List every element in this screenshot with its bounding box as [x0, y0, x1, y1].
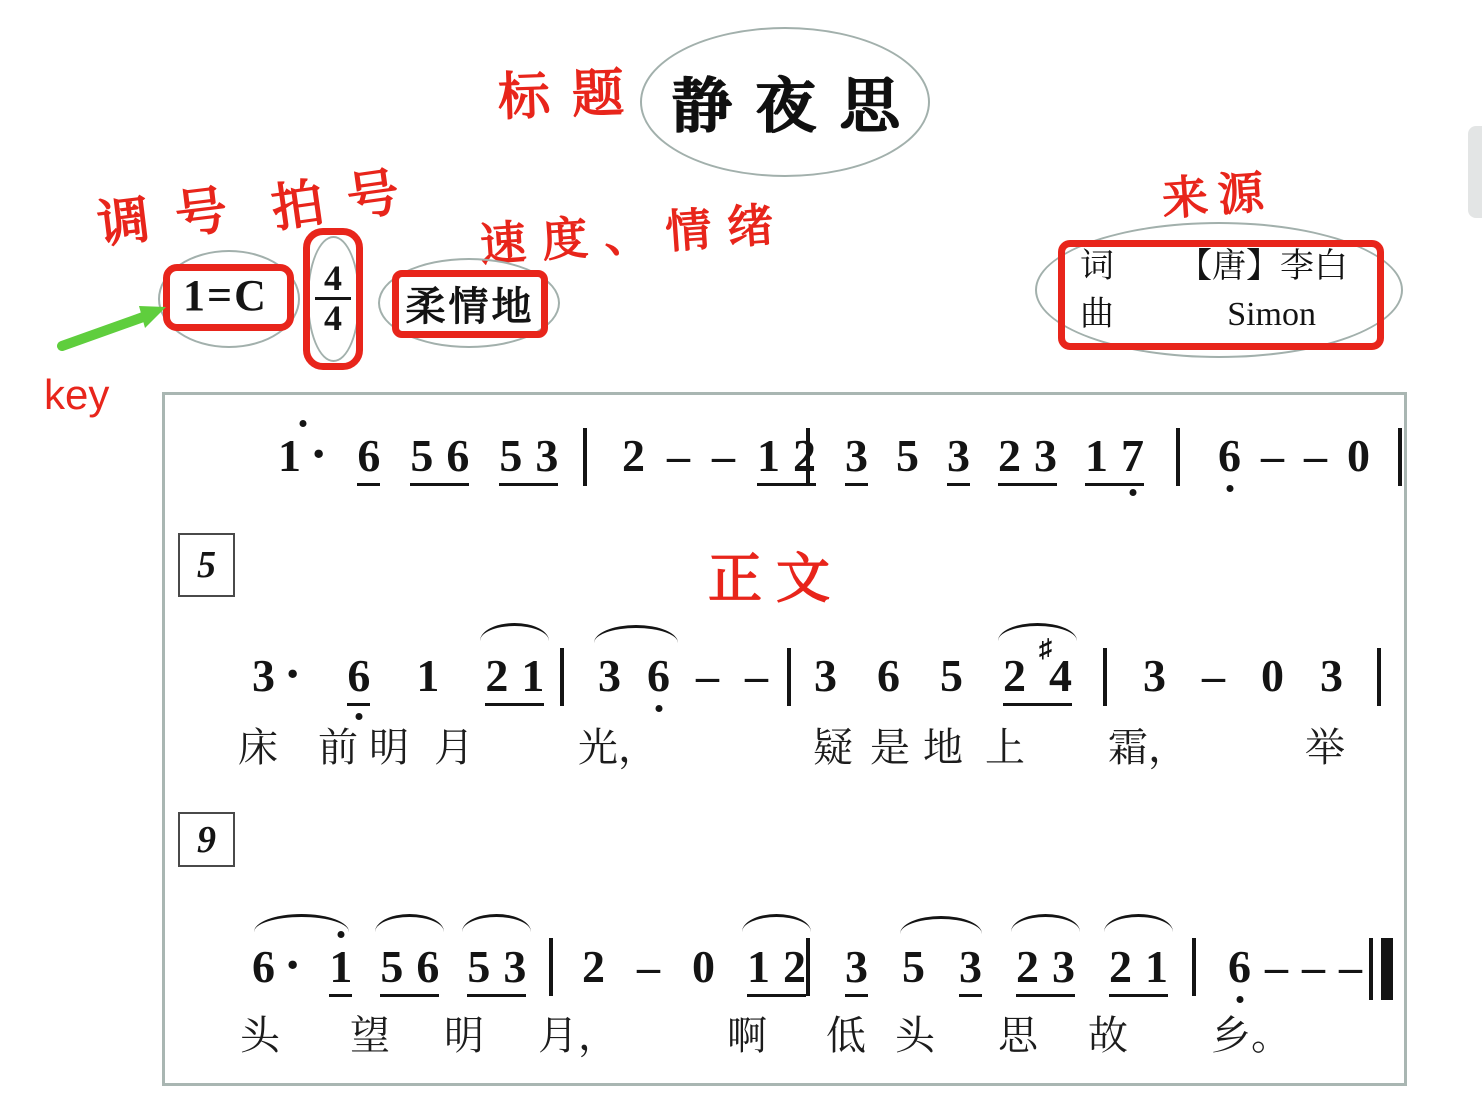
time-signature-denominator: 4: [324, 303, 342, 334]
note: ♯4: [1039, 653, 1072, 699]
sustain-dash: –: [637, 944, 660, 990]
barline: [560, 648, 564, 706]
barline: [1176, 428, 1180, 486]
note: 1: [521, 653, 544, 699]
beam-group: 2 1: [485, 653, 544, 706]
note: 2: [1016, 944, 1039, 990]
lyric: 霜，: [1108, 728, 1188, 768]
lyric: 光，: [578, 728, 658, 768]
barline: [549, 938, 553, 996]
measure-5: 3 6 1 2 1: [252, 653, 544, 706]
note: 6: [347, 653, 370, 706]
beam-group: 1 7: [1085, 433, 1144, 486]
lyric: 故: [1088, 1016, 1128, 1056]
sustain-dash: –: [1304, 433, 1327, 479]
measure-11: 3 5 3 2 3 2 1: [845, 944, 1168, 997]
note: 1: [1085, 433, 1108, 479]
note: 6: [416, 944, 439, 990]
song-title: 静夜思: [640, 27, 930, 177]
lyric: 前: [318, 728, 358, 768]
screen-edge-artifact: [1468, 126, 1482, 218]
note: 2: [622, 433, 645, 479]
barline: [1377, 648, 1381, 706]
note: 2: [485, 653, 508, 699]
credit-role: 曲: [1080, 298, 1114, 332]
credits: 词 【唐】李白 曲 Simon: [1080, 250, 1348, 346]
note: 3: [598, 653, 621, 699]
note: 3: [535, 433, 558, 479]
sustain-dash: –: [696, 653, 719, 699]
barline: [1398, 428, 1402, 486]
lyric: 头: [895, 1016, 935, 1056]
note: 6: [446, 433, 469, 479]
sustain-dash: –: [712, 433, 735, 479]
measure-10: 2 – 0 1 2: [582, 944, 806, 997]
lyric: 月: [434, 728, 474, 768]
credit-row-composer: 曲 Simon: [1080, 298, 1316, 332]
measure-9: 6 1 5 6 5 3: [252, 944, 526, 997]
note: 6: [357, 433, 380, 486]
lyric: 明: [444, 1016, 484, 1056]
lyric: 望: [350, 1016, 390, 1056]
title-annotation-label: 标题: [497, 67, 647, 124]
note: 2: [1003, 653, 1026, 699]
lyric: 明: [369, 728, 409, 768]
note: 6: [877, 653, 900, 699]
note: 6: [252, 944, 301, 990]
rest: 0: [692, 944, 715, 990]
barline: [806, 938, 810, 996]
tempo-mood-annotation-label: 速度、情绪: [478, 200, 790, 268]
sustain-dash: –: [1265, 944, 1288, 990]
green-arrow: [52, 294, 172, 358]
beam-group: 1 2: [747, 944, 806, 997]
note: 5: [467, 944, 490, 990]
key-signature-annotation-label: 调号: [95, 181, 256, 252]
measure-number-box-5: 5: [178, 533, 235, 597]
note: 5: [410, 433, 433, 479]
key-signature-value: 1=C: [183, 274, 268, 318]
measure-6: 3 6 – –: [598, 653, 768, 699]
note: 2: [998, 433, 1021, 479]
credit-name: Simon: [1227, 298, 1316, 332]
sustain-dash: –: [667, 433, 690, 479]
note: 1: [757, 433, 780, 479]
note: 5: [896, 433, 919, 479]
barline: [1192, 938, 1196, 996]
note: 6: [647, 653, 670, 699]
lyric: 低: [826, 1016, 866, 1056]
note: 3: [1034, 433, 1057, 479]
note: 3: [1320, 653, 1343, 699]
beam-group: 5 3: [467, 944, 526, 997]
measure-8: 3 – 0 3: [1143, 653, 1343, 699]
lyric: 头: [240, 1016, 280, 1056]
sustain-dash: –: [1302, 944, 1325, 990]
note: 5: [499, 433, 522, 479]
credit-role: 词: [1080, 250, 1114, 284]
note: 5: [380, 944, 403, 990]
sharp-accidental: ♯: [1039, 634, 1052, 663]
credit-name: 【唐】李白: [1178, 250, 1348, 284]
beam-group: 5 6: [380, 944, 439, 997]
lyric: 是: [870, 728, 910, 768]
note: 3: [1143, 653, 1166, 699]
barline: [583, 428, 587, 486]
note: 5: [940, 653, 963, 699]
measure-number-box-9: 9: [178, 812, 235, 867]
note: 3: [1052, 944, 1075, 990]
sustain-dash: –: [745, 653, 768, 699]
lyric: 地: [923, 728, 963, 768]
note: 6: [1218, 433, 1241, 479]
note: 3: [503, 944, 526, 990]
beam-group: 5 6: [410, 433, 469, 486]
lyric: 上: [985, 728, 1025, 768]
rest: 0: [1261, 653, 1284, 699]
measure-1: 1 6 5 6 5 3: [278, 433, 558, 486]
note: 3: [947, 433, 970, 486]
lyric: 月，: [538, 1016, 618, 1056]
note: 3: [845, 944, 868, 997]
beam-group: 2 3: [998, 433, 1057, 486]
beam-group: 2 3: [1016, 944, 1075, 997]
lyric: 啊: [727, 1016, 767, 1056]
note: 3: [845, 433, 868, 486]
lyric: 思: [998, 1016, 1038, 1056]
note: 1: [747, 944, 770, 990]
note: 3: [814, 653, 837, 699]
note: 7: [1121, 433, 1144, 479]
sustain-dash: –: [1202, 653, 1225, 699]
measure-12: 6 – – –: [1228, 944, 1362, 990]
time-signature-annotation-label: 拍号: [268, 163, 426, 236]
note: 1: [329, 944, 352, 997]
final-barline-thick: [1381, 938, 1393, 1000]
note: 1: [278, 433, 327, 479]
lyric: 疑: [813, 728, 853, 768]
final-barline-thin: [1369, 938, 1373, 1000]
measure-4: 6 – – 0: [1218, 433, 1370, 479]
measure-2: 2 – – 1 2: [622, 433, 816, 486]
time-signature: 4 4: [311, 263, 355, 334]
note: 2: [1109, 944, 1132, 990]
note: 1: [1145, 944, 1168, 990]
source-annotation-label: 来源: [1160, 168, 1275, 222]
measure-3: 3 5 3 2 3 1 7: [845, 433, 1144, 486]
time-signature-numerator: 4: [324, 263, 342, 294]
lyric: 床: [238, 728, 278, 768]
note: 3: [959, 944, 982, 997]
sustain-dash: –: [1261, 433, 1284, 479]
annotated-sheet-music-page: 静夜思 标题 调号 拍号 速度、情绪 来源 1=C 4 4 柔情地 词 【唐】李…: [0, 0, 1482, 1100]
barline: [806, 428, 810, 486]
barline: [787, 648, 791, 706]
beam-group: 2 1: [1109, 944, 1168, 997]
measure-number: 5: [197, 543, 216, 587]
measure-7: 3 6 5 2 ♯4: [814, 653, 1072, 706]
barline: [1103, 648, 1107, 706]
note-digit: 4: [1049, 650, 1072, 701]
tempo-value: 柔情地: [392, 270, 548, 336]
lyric: 举: [1305, 728, 1345, 768]
note: 1: [416, 653, 439, 699]
rest: 0: [1347, 433, 1370, 479]
sustain-dash: –: [1339, 944, 1362, 990]
beam-group: 5 3: [499, 433, 558, 486]
note: 2: [783, 944, 806, 990]
key-english-label: key: [44, 374, 109, 416]
body-annotation-label: 正文: [708, 552, 844, 606]
note: 2: [793, 433, 816, 479]
measure-number: 9: [197, 818, 216, 862]
note: 3: [252, 653, 301, 699]
beam-group: 2 ♯4: [1003, 653, 1072, 706]
note: 5: [902, 944, 925, 990]
note: 6: [1228, 944, 1251, 990]
lyric: 乡。: [1211, 1016, 1291, 1056]
credit-row-lyricist: 词 【唐】李白: [1080, 250, 1348, 284]
note: 2: [582, 944, 605, 990]
